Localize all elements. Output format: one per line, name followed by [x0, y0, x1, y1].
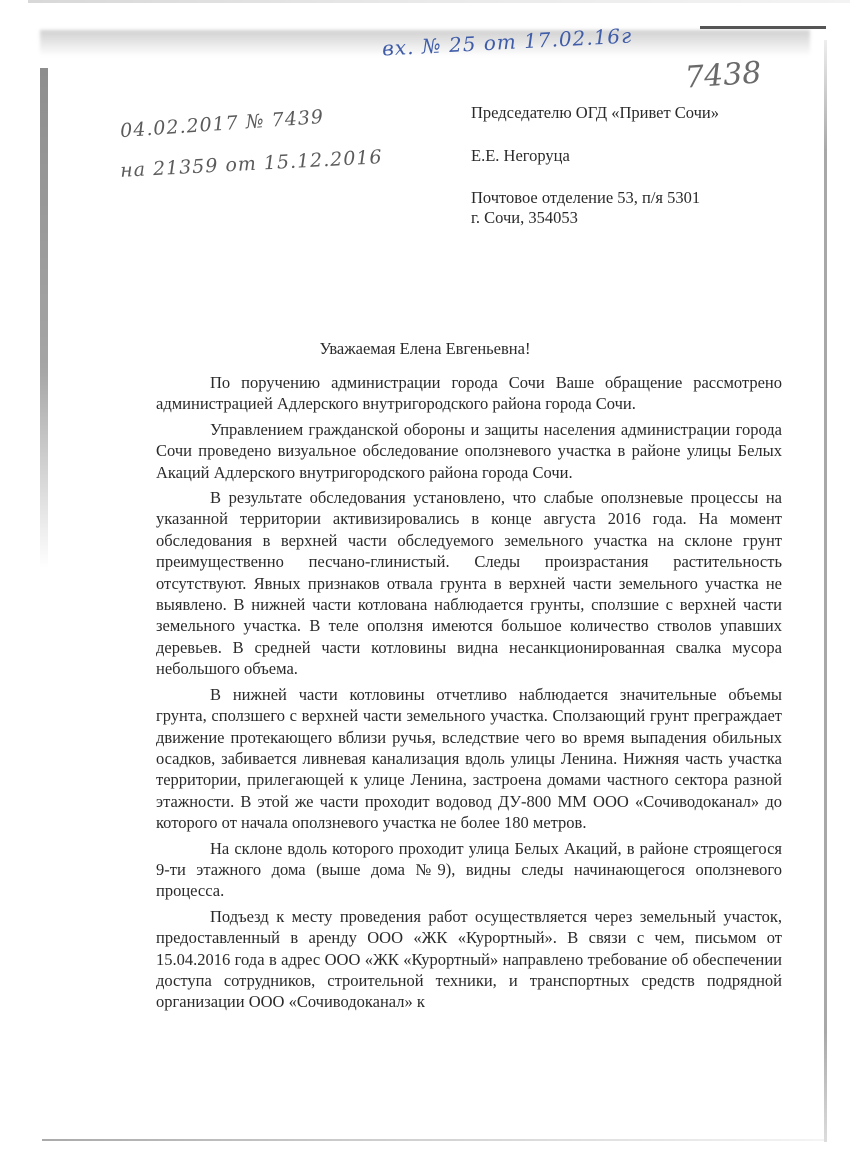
- paragraph: В нижней части котловины отчетливо наблю…: [156, 684, 782, 834]
- scan-left-edge-bar: [40, 68, 48, 568]
- addressee-city: г. Сочи, 354053: [471, 208, 719, 228]
- addressee-postal-office: Почтовое отделение 53, п/я 5301: [471, 188, 719, 208]
- addressee-name: Е.Е. Негоруца: [471, 146, 719, 166]
- paragraph: На склоне вдоль которого проходит улица …: [156, 838, 782, 902]
- addressee-title: Председателю ОГД «Привет Сочи»: [471, 103, 719, 123]
- scan-top-edge: [28, 0, 850, 3]
- scan-right-edge-line: [824, 40, 827, 1142]
- paragraph: Управлением гражданской обороны и защиты…: [156, 419, 782, 483]
- handwritten-note-line2: на 21359 от 15.12.2016: [120, 146, 383, 182]
- paragraph: В результате обследования установлено, ч…: [156, 487, 782, 680]
- paragraph: Подъезд к месту проведения работ осущест…: [156, 906, 782, 1013]
- scan-top-rule: [700, 26, 826, 29]
- scan-bottom-edge-line: [42, 1139, 826, 1141]
- salutation: Уважаемая Елена Евгеньевна!: [0, 339, 850, 359]
- handwritten-number: 7438: [684, 55, 763, 95]
- paragraph: По поручению администрации города Сочи В…: [156, 372, 782, 415]
- letter-body: По поручению администрации города Сочи В…: [156, 372, 782, 1017]
- handwritten-note-line1: 04.02.2017 № 7439: [119, 106, 324, 142]
- addressee-block: Председателю ОГД «Привет Сочи» Е.Е. Него…: [471, 103, 719, 228]
